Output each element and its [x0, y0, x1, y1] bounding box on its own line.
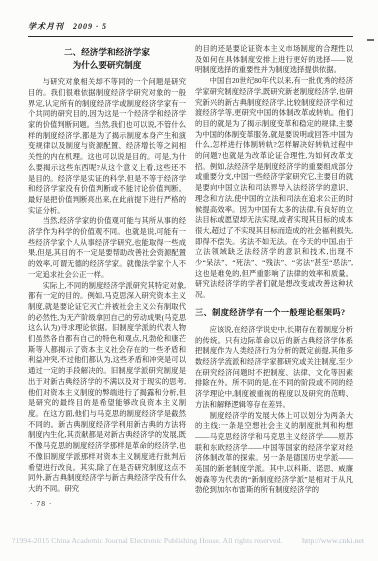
watermark-copyright-text: ?1994-2015 China Academic Journal Electr… [12, 536, 282, 545]
two-column-text: 二、经济学和经济学家 为什么要研究制度 与研究对象相关却不等同的一个问题是研究目… [28, 44, 353, 496]
header-rule [28, 36, 353, 37]
journal-title: 学术月刊 [28, 21, 64, 32]
page-content: 学术月刊 2009 · 5 二、经济学和经济学家 为什么要研究制度 与研究对象相… [28, 21, 353, 496]
body-paragraph: 实际上,不同的制度经济学派研究其特定对象,都有一定的目的。例如,马克思深入研究资… [28, 281, 186, 495]
scan-artifact-mark [367, 39, 374, 41]
body-paragraph: 中国自20世纪80年代以来,有一批优秀的经济学家研究制度经济学,既研究新老制度经… [195, 76, 353, 301]
scanned-journal-page: 学术月刊 2009 · 5 二、经济学和经济学家 为什么要研究制度 与研究对象相… [0, 0, 378, 561]
body-paragraph: 制度经济学的发展大体上可以划分为两条大的主线:一条是空想社会主义的制度批判和构想… [195, 411, 353, 497]
section-2-heading: 二、经济学和经济学家 为什么要研究制度 [28, 46, 186, 71]
section-2-heading-line-1: 二、经济学和经济学家 [28, 46, 186, 59]
body-paragraph: 与研究对象相关却不等同的一个问题是研究目的。我们很难依据制度经济学研究对象的一般… [28, 77, 186, 216]
left-column: 二、经济学和经济学家 为什么要研究制度 与研究对象相关却不等同的一个问题是研究目… [28, 44, 186, 496]
running-head: 学术月刊 2009 · 5 [28, 21, 353, 32]
page-number: · 78 · [30, 499, 52, 508]
watermark-url: http://www.cnki.net [302, 536, 364, 545]
right-column: 的目的还是要论证资本主义市场制度的合理性以及如何在具体制度安排上进行更好的选择—… [195, 44, 353, 496]
section-2-heading-line-2: 为什么要研究制度 [28, 59, 186, 72]
body-paragraph: 应该说,在经济学说史中,长期存在着制度分析的传统。只有边际革命以后的新古典经济学… [195, 325, 353, 411]
copyright-watermark: ?1994-2015 China Academic Journal Electr… [12, 536, 364, 545]
body-paragraph-continuation: 的目的还是要论证资本主义市场制度的合理性以及如何在具体制度安排上进行更好的选择—… [195, 44, 353, 76]
section-3-heading: 三、制度经济学有一个一般理论框架吗? [195, 307, 353, 318]
body-paragraph: 当然,经济学家的价值观可能与其所从事的经济学作为科学的价值观不同。也就是说,可能… [28, 216, 186, 280]
issue-number: 2009 · 5 [73, 22, 107, 31]
